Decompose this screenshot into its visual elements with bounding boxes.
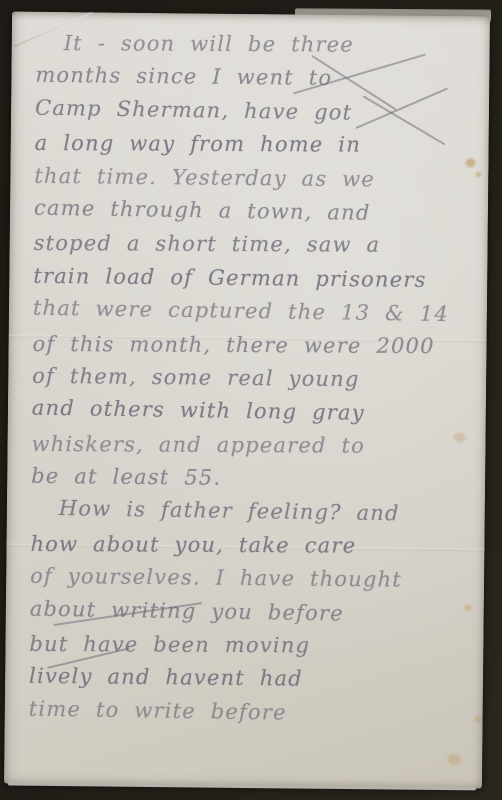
photo-background: It - soon will be threemonths since I we… — [0, 0, 502, 800]
letter-line: stoped a short time, saw a — [34, 227, 480, 263]
letter-text: It - soon will be threemonths since I we… — [29, 26, 482, 732]
letter-line: lively and havent had — [29, 660, 475, 698]
letter-line: but have been moving — [29, 628, 475, 664]
paper-stain — [447, 754, 461, 765]
letter-line: that were captured the 13 & 14 — [33, 292, 479, 332]
letter-line: whiskers, and appeared to — [31, 428, 477, 464]
letter-line: how about you, take care — [30, 528, 476, 564]
paper-stain — [465, 158, 475, 167]
paper-stain — [454, 432, 466, 442]
letter-line: of this month, there were 2000 — [32, 327, 478, 363]
paper-stain — [464, 604, 472, 611]
letter-line: came through a town, and — [34, 192, 480, 232]
letter-line: How is father feeling? and — [31, 492, 477, 532]
paper-stain — [475, 171, 481, 177]
letter-page: It - soon will be threemonths since I we… — [4, 12, 490, 789]
letter-line: of yourselves. I have thought — [30, 560, 476, 598]
letter-line: a long way from home in — [35, 127, 481, 163]
letter-line: months since I went to — [35, 59, 481, 97]
letter-line: about writing you before — [30, 592, 476, 632]
letter-line: time to write before — [28, 692, 474, 732]
paper-stain — [475, 716, 482, 722]
letter-line: and others with long gray — [32, 392, 478, 432]
